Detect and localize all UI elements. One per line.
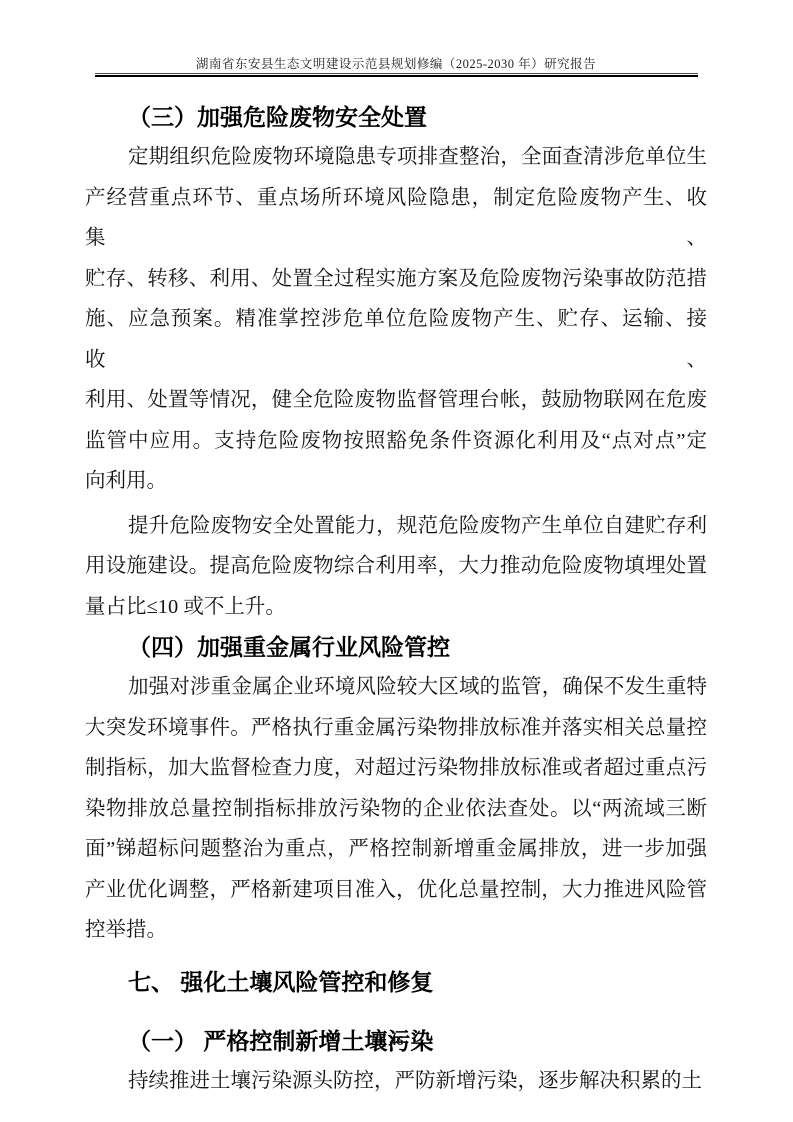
body-line: 施、应急预案。精准掌控涉危单位危险废物产生、贮存、运输、接收、 <box>85 299 707 380</box>
page-number: 46 <box>390 1034 404 1049</box>
body-line: 制指标，加大监督检查力度，对超过污染物排放标准或者超过重点污 <box>85 748 707 789</box>
paragraph-disposal-capacity: 提升危险废物安全处置能力，规范危险废物产生单位自建贮存利 用设施建设。提高危险废… <box>85 506 707 628</box>
heading-chapter-7: 七、 强化土壤风险管控和修复 <box>85 962 707 1002</box>
paragraph-hazardous-waste-inspection: 定期组织危险废物环境隐患专项排查整治，全面查清涉危单位生 产经营重点环节、重点场… <box>85 137 707 502</box>
paragraph-heavy-metal-control: 加强对涉重金属企业环境风险较大区域的监管，确保不发生重特 大突发环境事件。严格执… <box>85 667 707 951</box>
body-line: 量占比≤10 或不上升。 <box>85 587 707 628</box>
body-line: 持续推进土壤污染源头防控，严防新增污染，逐步解决积累的土 <box>85 1061 707 1102</box>
body-line: 贮存、转移、利用、处置全过程实施方案及危险废物污染事故防范措 <box>85 259 707 300</box>
body-line: 控举措。 <box>85 910 707 951</box>
body-line: 提升危险废物安全处置能力，规范危险废物产生单位自建贮存利 <box>85 506 707 547</box>
running-header-title: 湖南省东安县生态文明建设示范县规划修编（2025-2030 年）研究报告 <box>85 57 707 72</box>
heading-section-4: （四）加强重金属行业风险管控 <box>85 627 707 667</box>
body-line: 用设施建设。提高危险废物综合利用率，大力推动危险废物填埋处置 <box>85 546 707 587</box>
heading-section-3: （三）加强危险废物安全处置 <box>85 97 707 137</box>
document-page: 湖南省东安县生态文明建设示范县规划修编（2025-2030 年）研究报告 （三）… <box>0 0 793 1122</box>
body-line: 向利用。 <box>85 461 707 502</box>
body-line: 染物排放总量控制指标排放污染物的企业依法查处。以“两流域三断 <box>85 789 707 830</box>
paragraph-soil-pollution-prevention: 持续推进土壤污染源头防控，严防新增污染，逐步解决积累的土 <box>85 1061 707 1102</box>
body-line: 加强对涉重金属企业环境风险较大区域的监管，确保不发生重特 <box>85 667 707 708</box>
body-line: 面”锑超标问题整治为重点，严格控制新增重金属排放，进一步加强 <box>85 829 707 870</box>
body-line: 大突发环境事件。严格执行重金属污染物排放标准并落实相关总量控 <box>85 708 707 749</box>
page-footer: 46 <box>0 1032 793 1050</box>
body-line: 利用、处置等情况，健全危险废物监督管理台帐，鼓励物联网在危废 <box>85 380 707 421</box>
body-line: 产业优化调整，严格新建项目准入，优化总量控制，大力推进风险管 <box>85 870 707 911</box>
body-line: 产经营重点环节、重点场所环境风险隐患，制定危险废物产生、收集、 <box>85 178 707 259</box>
body-line: 定期组织危险废物环境隐患专项排查整治，全面查清涉危单位生 <box>85 137 707 178</box>
header-rule <box>95 73 698 77</box>
page-content: 湖南省东安县生态文明建设示范县规划修编（2025-2030 年）研究报告 （三）… <box>0 57 793 1101</box>
body-line: 监管中应用。支持危险废物按照豁免条件资源化利用及“点对点”定 <box>85 421 707 462</box>
